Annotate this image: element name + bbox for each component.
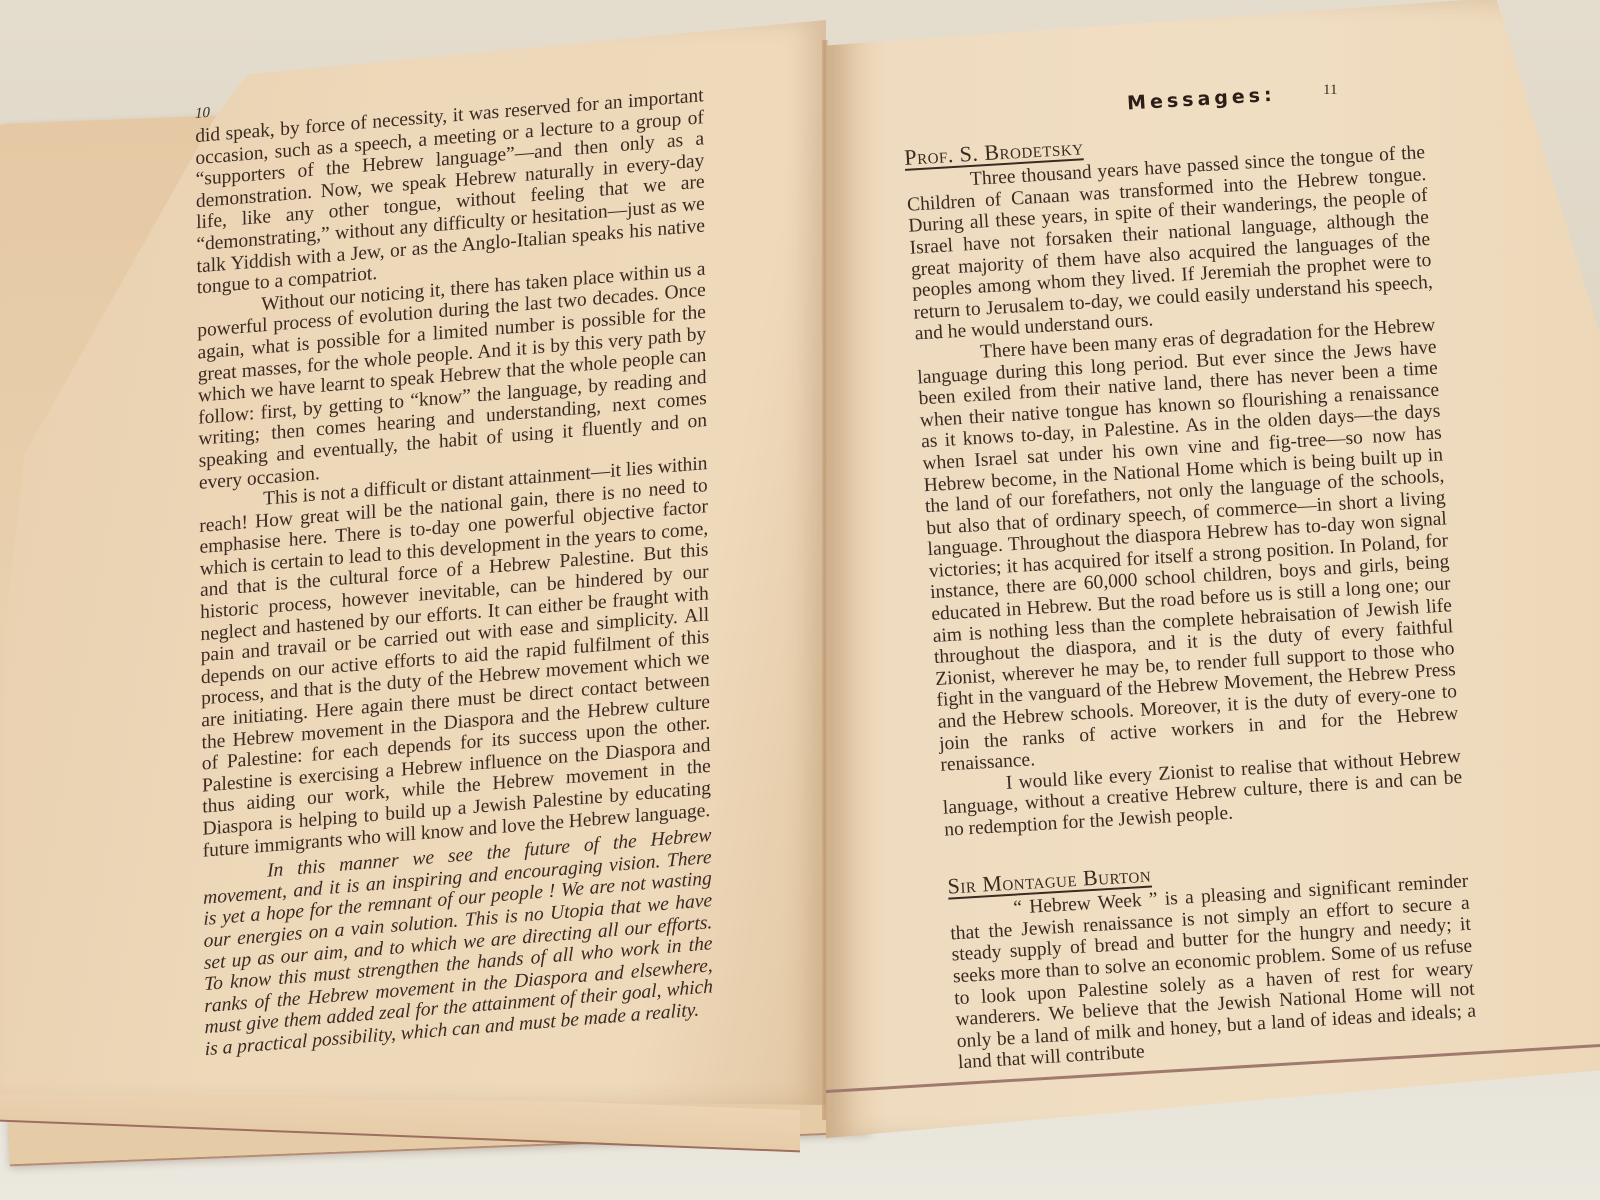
photo-scene: 10 did speak, by force of necessity, it … bbox=[0, 0, 1600, 1200]
paragraph: Three thousand years have passed since t… bbox=[905, 142, 1434, 345]
page-number-left: 10 bbox=[195, 103, 210, 126]
paragraph: This is not a difficult or distant attai… bbox=[199, 453, 711, 862]
paragraph-italic-conclusion: In this manner we see the future of the … bbox=[203, 825, 713, 1061]
message-burton: Sir Montague Burton “ Hebrew Week ” is a… bbox=[947, 840, 1478, 1074]
left-page-text: 10 did speak, by force of necessity, it … bbox=[195, 71, 713, 1061]
book-spine-gutter bbox=[822, 40, 828, 1120]
message-brodetsky: Prof. S. Brodetsky Three thousand years … bbox=[903, 112, 1464, 842]
paragraph: There have been many eras of degradation… bbox=[915, 315, 1460, 777]
paragraph: “ Hebrew Week ” is a pleasing and signif… bbox=[949, 871, 1478, 1074]
right-page-text: Messages: Prof. S. Brodetsky Three thous… bbox=[900, 54, 1478, 1074]
